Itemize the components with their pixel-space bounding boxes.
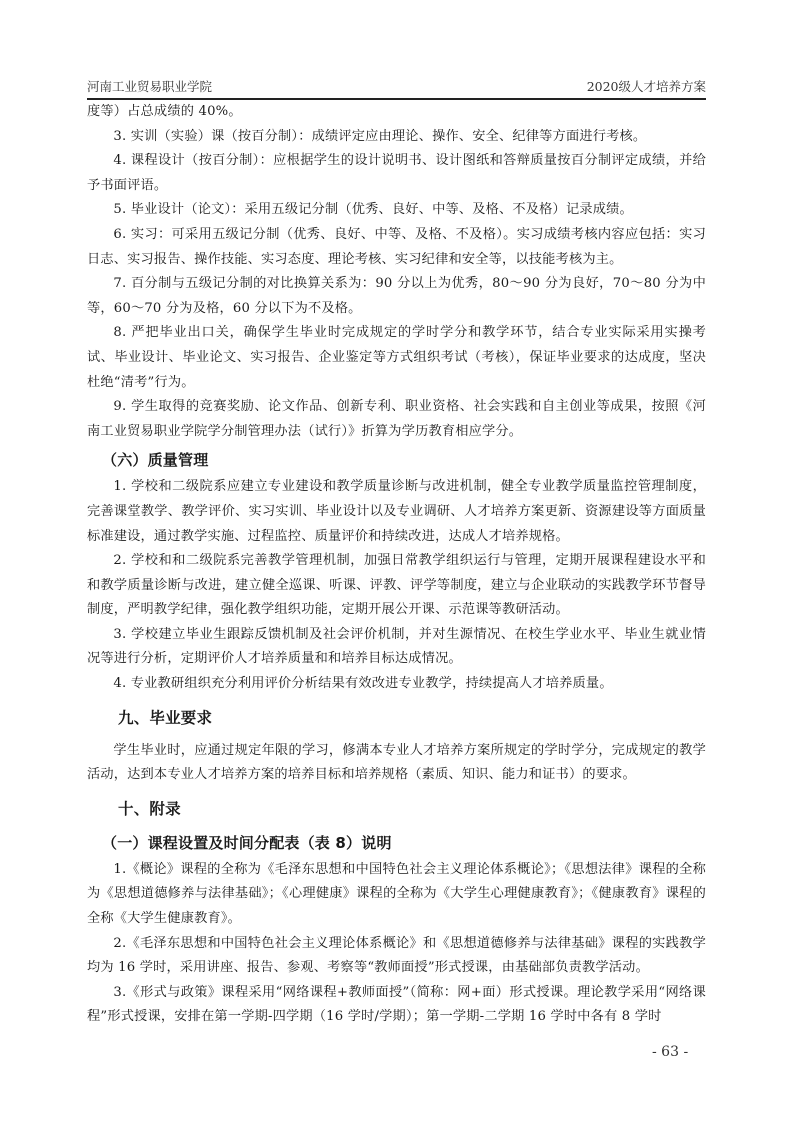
section-heading-appendix: 十、附录 bbox=[87, 796, 706, 822]
paragraph: 8. 严把毕业出口关，确保学生毕业时完成规定的学时学分和教学环节，结合专业实际采… bbox=[87, 321, 706, 395]
subsection-heading-course-table: （一）课程设置及时间分配表（表 8）说明 bbox=[87, 830, 706, 856]
page-content: 度等）占总成绩的 40%。 3. 实训（实验）课（按百分制）：成绩评定应由理论、… bbox=[87, 100, 706, 1030]
paragraph: 1.《概论》课程的全称为《毛泽东思想和中国特色社会主义理论体系概论》；《思想法律… bbox=[87, 858, 706, 932]
paragraph: 9. 学生取得的竞赛奖励、论文作品、创新专利、职业资格、社会实践和自主创业等成果… bbox=[87, 395, 706, 444]
page-number: - 63 - bbox=[652, 1044, 688, 1060]
paragraph: 7. 百分制与五级记分制的对比换算关系为：90 分以上为优秀，80～90 分为良… bbox=[87, 272, 706, 321]
paragraph: 1. 学校和二级院系应建立专业建设和教学质量诊断与改进机制，健全专业教学质量监控… bbox=[87, 475, 706, 549]
paragraph: 6. 实习：可采用五级记分制（优秀、良好、中等、及格、不及格）。实习成绩考核内容… bbox=[87, 223, 706, 272]
paragraph: 3. 实训（实验）课（按百分制）：成绩评定应由理论、操作、安全、纪律等方面进行考… bbox=[87, 125, 706, 150]
paragraph: 度等）占总成绩的 40%。 bbox=[87, 100, 706, 125]
paragraph: 5. 毕业设计（论文）：采用五级记分制（优秀、良好、中等、及格、不及格）记录成绩… bbox=[87, 198, 706, 223]
section-heading-graduation: 九、毕业要求 bbox=[87, 705, 706, 731]
paragraph: 2.《毛泽东思想和中国特色社会主义理论体系概论》和《思想道德修养与法律基础》课程… bbox=[87, 932, 706, 981]
section-heading-quality: （六）质量管理 bbox=[87, 447, 706, 473]
header-document-title: 2020级人才培养方案 bbox=[587, 77, 706, 95]
page-header: 河南工业贸易职业学院 2020级人才培养方案 bbox=[87, 73, 706, 100]
paragraph: 3. 学校建立毕业生跟踪反馈机制及社会评价机制，并对生源情况、在校生学业水平、毕… bbox=[87, 623, 706, 672]
paragraph: 4. 课程设计（按百分制）：应根据学生的设计说明书、设计图纸和答辩质量按百分制评… bbox=[87, 149, 706, 198]
paragraph: 学生毕业时，应通过规定年限的学习，修满本专业人才培养方案所规定的学时学分，完成规… bbox=[87, 739, 706, 788]
paragraph: 4. 专业教研组织充分利用评价分析结果有效改进专业教学，持续提高人才培养质量。 bbox=[87, 672, 706, 697]
paragraph: 3.《形式与政策》课程采用“网络课程+教师面授”（简称：网+面）形式授课。理论教… bbox=[87, 981, 706, 1030]
header-institution: 河南工业贸易职业学院 bbox=[87, 77, 212, 95]
paragraph: 2. 学校和和二级院系完善教学管理机制，加强日常教学组织运行与管理，定期开展课程… bbox=[87, 549, 706, 623]
